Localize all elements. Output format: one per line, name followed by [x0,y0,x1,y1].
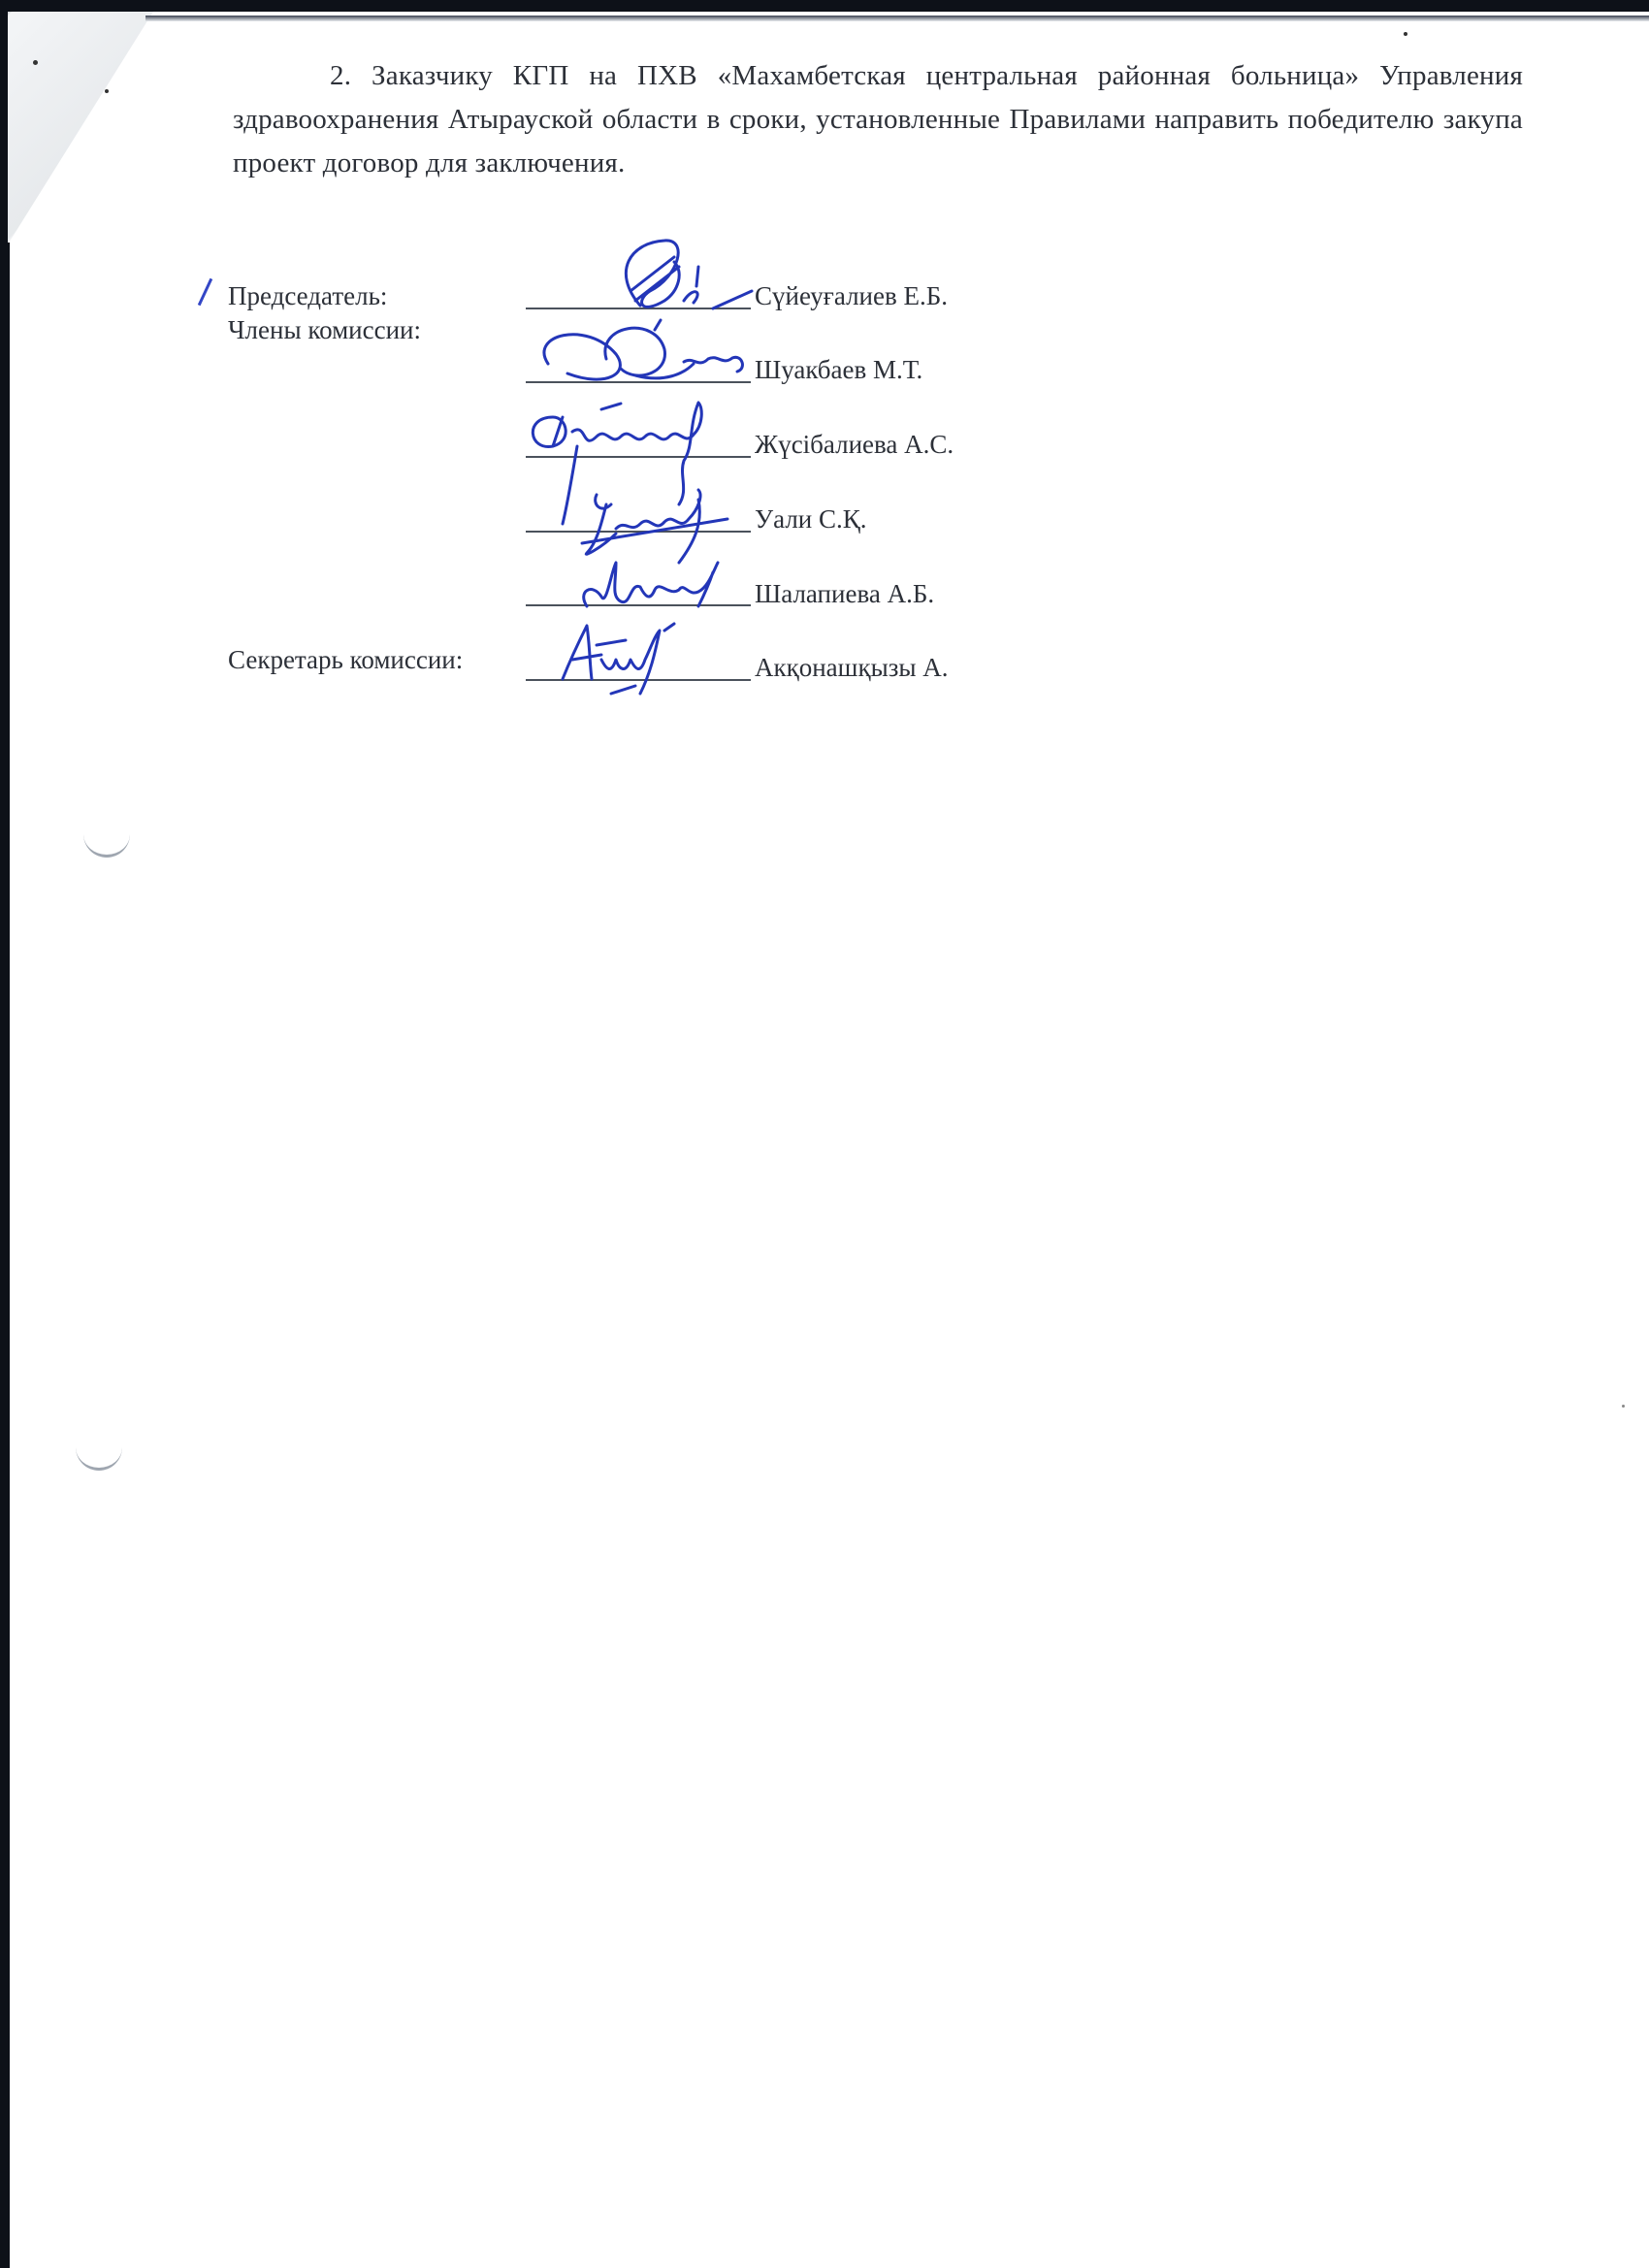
scan-speck [1622,1405,1625,1408]
scan-speck [33,60,38,65]
scanned-page [8,12,1649,2268]
folded-corner [8,12,153,244]
signatory-name: Уали С.Қ. [755,504,867,535]
members-label: Члены комиссии: [228,315,421,345]
signatory-name: Акқонашқызы А. [755,653,949,683]
signatory-name: Шуакбаев М.Т. [755,355,922,385]
scan-speck [105,89,109,93]
scan-speck [1404,32,1407,36]
signature-secretary [543,616,718,698]
scanner-left-border [0,243,10,2268]
secretary-label: Секретарь комиссии: [228,645,463,675]
signatory-name: Шалапиева А.Б. [755,579,934,609]
page-top-edge [145,16,1649,21]
signature-member-4 [563,553,747,621]
paragraph-2: 2. Заказчику КГП на ПХВ «Махамбетская це… [233,54,1523,185]
signatory-name: Жүсібалиева А.С. [755,430,954,460]
paragraph-text: Заказчику КГП на ПХВ «Махамбетская центр… [233,60,1523,178]
paragraph-number: 2. [330,60,351,91]
signatory-name: Сүйеуғалиев Е.Б. [755,281,948,311]
signature-member-1 [529,315,761,388]
chairman-label: Председатель: [228,281,387,311]
signature-chairman [582,233,766,320]
